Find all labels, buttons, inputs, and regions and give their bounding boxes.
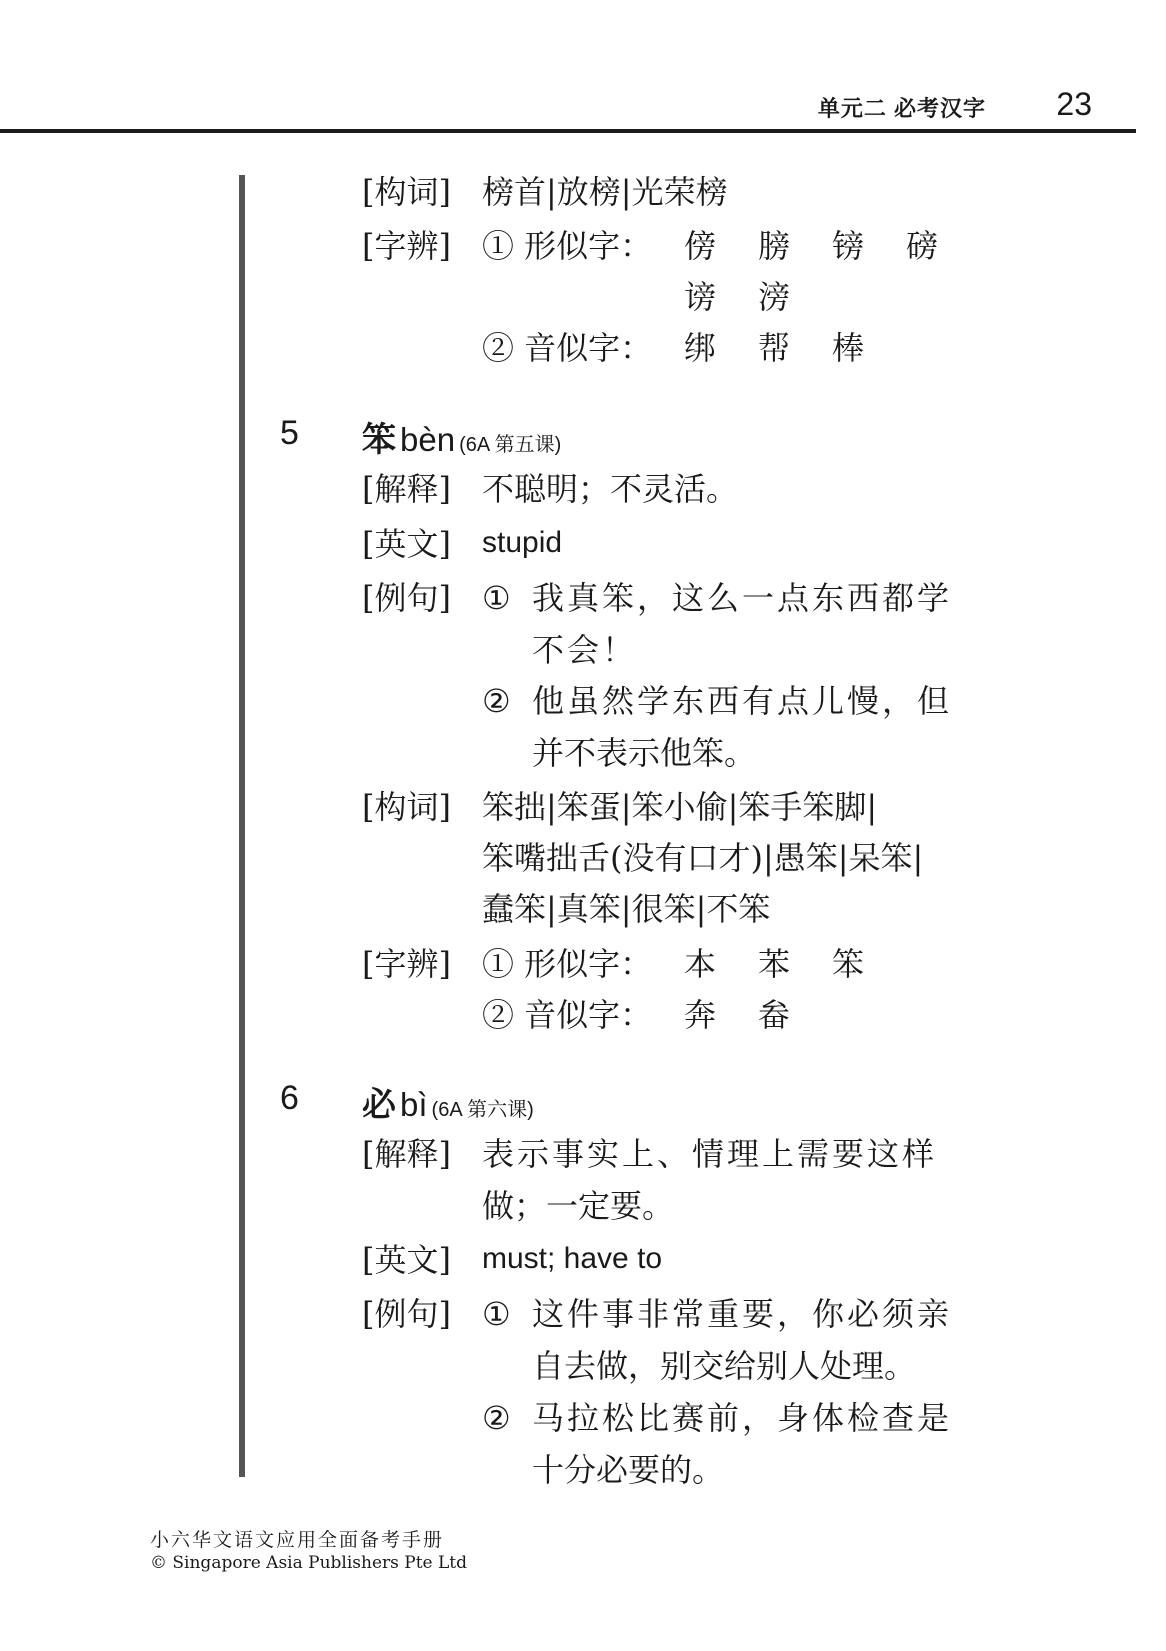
entry-heading: 笨 bèn (6A 第五课) (362, 412, 561, 461)
char: 苯 (758, 944, 832, 984)
headword: 笨 (362, 420, 396, 460)
pinyin: bèn (400, 421, 455, 458)
similar-sound-chars: 绑帮棒 (684, 328, 906, 368)
distinguish-label: [字辨] (362, 944, 451, 984)
example-line: 并不表示他笨。 (532, 733, 756, 773)
char: 绑 (684, 328, 758, 368)
book-title: 小六华文语文应用全面备考手册 (150, 1525, 444, 1552)
page-number: 23 (1056, 86, 1092, 123)
char: 棒 (832, 328, 906, 368)
char: 畚 (758, 995, 832, 1035)
example-line: 我真笨，这么一点东西都学 (532, 578, 952, 618)
header-rule (0, 129, 1136, 133)
example-marker: ② (482, 681, 511, 721)
explanation-label: [解释] (362, 1134, 451, 1174)
english-text: must; have to (482, 1242, 662, 1276)
explanation-label: [解释] (362, 469, 451, 509)
char: 傍 (684, 226, 758, 266)
examples-label: [例句] (362, 578, 451, 618)
english-label: [英文] (362, 1240, 451, 1280)
similar-form-chars-row2: 谤滂 (684, 277, 832, 317)
example-line: 自去做，别交给别人处理。 (532, 1346, 916, 1386)
char: 膀 (758, 226, 832, 266)
margin-bar (239, 175, 245, 1477)
pinyin: bì (400, 1086, 428, 1123)
compounds-line: 笨拙|笨蛋|笨小偷|笨手笨脚| (482, 787, 877, 827)
example-marker: ① (482, 578, 511, 618)
example-marker: ① (482, 1294, 511, 1334)
similar-form-chars: 本苯笨 (684, 944, 906, 984)
example-line: 十分必要的。 (532, 1450, 724, 1490)
entry-number: 6 (280, 1079, 299, 1118)
char: 笨 (832, 944, 906, 984)
similar-form-chars: 傍膀镑磅 (684, 226, 980, 266)
entry-heading: 必 bì (6A 第六课) (362, 1077, 534, 1126)
explanation-text: 不聪明；不灵活。 (482, 469, 738, 509)
compounds-label: [构词] (362, 787, 451, 827)
char: 奔 (684, 995, 758, 1035)
compounds-line: 蠢笨|真笨|很笨|不笨 (482, 889, 770, 929)
english-text: stupid (482, 526, 562, 560)
examples-label: [例句] (362, 1294, 451, 1334)
char: 磅 (906, 226, 980, 266)
example-line: 马拉松比赛前，身体检查是 (532, 1398, 952, 1438)
chapter-title: 单元二 必考汉字 (818, 92, 986, 123)
compounds-line: 笨嘴拙舌(没有口才)|愚笨|呆笨| (482, 838, 923, 878)
similar-form-label: ① 形似字： (482, 944, 652, 984)
similar-form-label: ① 形似字： (482, 226, 652, 266)
explanation-line: 做；一定要。 (482, 1186, 674, 1226)
char: 帮 (758, 328, 832, 368)
example-marker: ② (482, 1398, 511, 1438)
distinguish-label: [字辨] (362, 226, 451, 266)
similar-sound-chars: 奔畚 (684, 995, 832, 1035)
similar-sound-label: ② 音似字： (482, 995, 652, 1035)
compounds-text: 榜首|放榜|光荣榜 (482, 172, 728, 212)
compounds-label: [构词] (362, 172, 451, 212)
example-line: 他虽然学东西有点儿慢，但 (532, 681, 952, 721)
lesson-ref: (6A 第六课) (432, 1099, 534, 1121)
example-line: 这件事非常重要，你必须亲 (532, 1294, 952, 1334)
copyright: © Singapore Asia Publishers Pte Ltd (150, 1553, 467, 1573)
explanation-line: 表示事实上、情理上需要这样 (482, 1134, 937, 1174)
char: 谤 (684, 277, 758, 317)
headword: 必 (362, 1085, 396, 1125)
char: 滂 (758, 277, 832, 317)
entry-number: 5 (280, 414, 299, 453)
char: 镑 (832, 226, 906, 266)
lesson-ref: (6A 第五课) (459, 434, 561, 456)
similar-sound-label: ② 音似字： (482, 328, 652, 368)
example-line: 不会！ (532, 630, 637, 670)
char: 本 (684, 944, 758, 984)
english-label: [英文] (362, 524, 451, 564)
